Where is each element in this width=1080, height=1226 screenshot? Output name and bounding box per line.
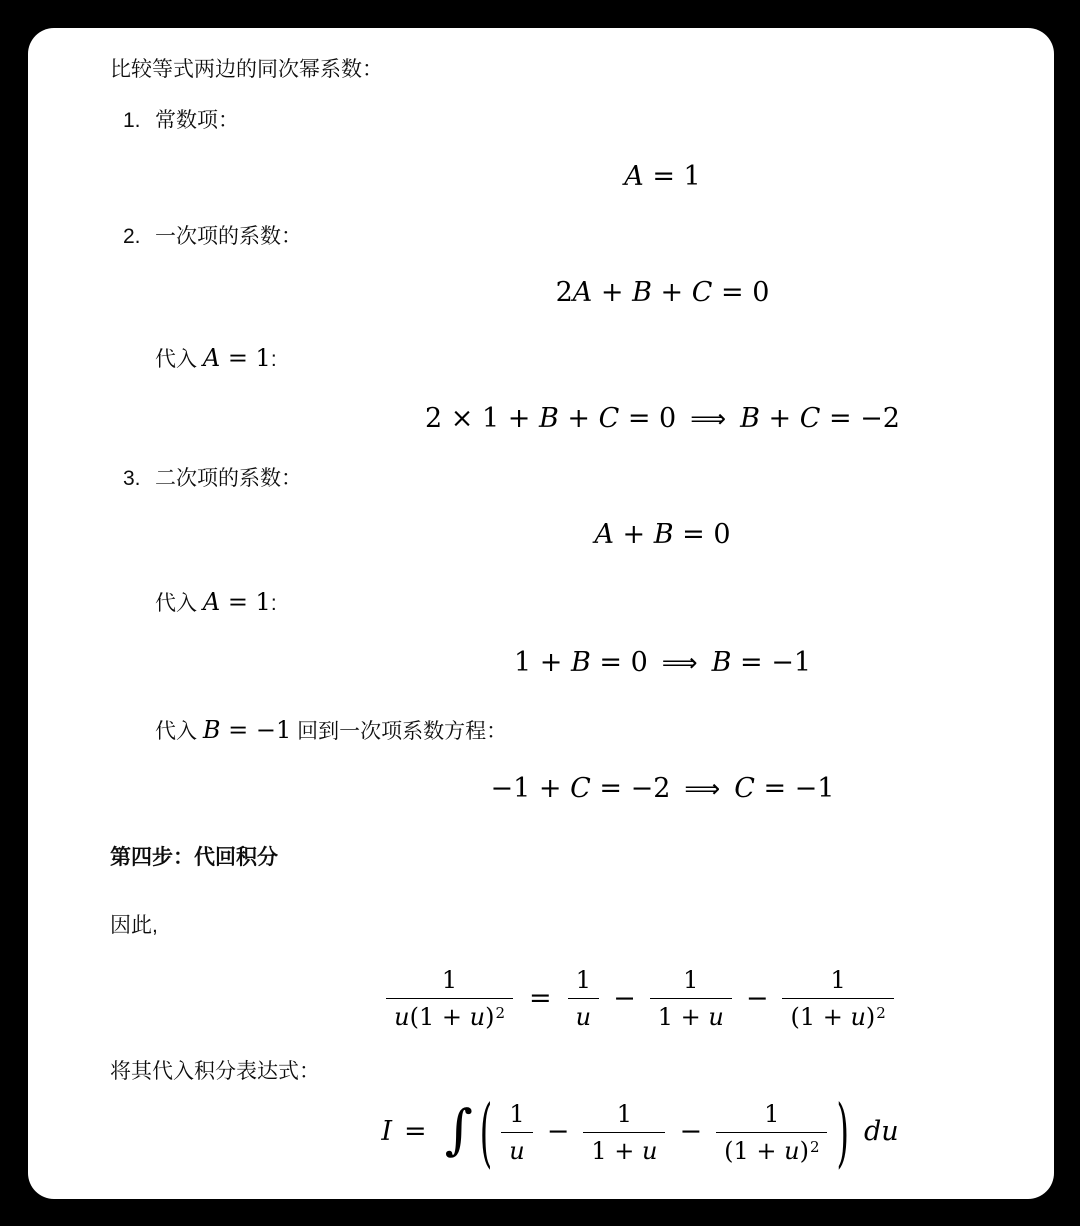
fraction-denominator: 1 + u xyxy=(583,1132,665,1165)
math-token: C xyxy=(570,770,591,808)
math-token: 1 + xyxy=(514,644,571,682)
substitute-a-line-2: 代入 A = 1: xyxy=(110,586,1054,620)
equals-sign: = xyxy=(529,980,552,1018)
minus-sign: − xyxy=(613,980,636,1018)
math-token: B xyxy=(740,400,760,438)
math-token: 1 + xyxy=(591,1137,642,1165)
list-number: 1. xyxy=(123,109,155,133)
math-token: = −1 xyxy=(731,644,811,682)
text-fragment: : xyxy=(271,348,277,371)
math-variable: B xyxy=(203,716,221,744)
math-token: (1 + xyxy=(790,1003,850,1031)
math-token: + xyxy=(592,274,632,312)
math-token: A xyxy=(594,516,614,554)
list-number: 3. xyxy=(123,467,155,491)
exponent: 2 xyxy=(810,1138,820,1156)
math-token: + xyxy=(760,400,800,438)
fraction-numerator: 1 xyxy=(609,1100,640,1132)
fraction-denominator: (1 + u)2 xyxy=(782,998,893,1031)
list-item-label: 二次项的系数： xyxy=(155,467,302,490)
math-token: = 1 xyxy=(644,158,701,196)
math-token: −1 + xyxy=(491,770,571,808)
fraction-numerator: 1 xyxy=(434,966,465,998)
minus-sign: − xyxy=(547,1113,570,1151)
math-token: = −2 xyxy=(820,400,900,438)
math-token: B xyxy=(712,644,732,682)
math-token: ) xyxy=(866,1003,875,1031)
math-token: ) xyxy=(800,1137,809,1165)
substitute-a-line: 代入 A = 1: xyxy=(110,342,1054,376)
equation-integral: I = ∫ ( 1 u − 1 1 + u − 1 (1 + u)2 ) du xyxy=(110,1100,1054,1166)
fraction-lhs: 1 u(1 + u)2 xyxy=(386,966,513,1032)
math-token: = 0 xyxy=(619,400,676,438)
fraction-numerator: 1 xyxy=(501,1100,532,1132)
content-card: 比较等式两边的同次幂系数： 1.常数项： A = 1 2.一次项的系数： 2A … xyxy=(28,28,1054,1199)
list-item-label: 一次项的系数： xyxy=(155,225,302,248)
fraction-term-1: 1 u xyxy=(568,966,599,1032)
math-variable: A xyxy=(203,344,220,372)
fraction-term-3: 1 (1 + u)2 xyxy=(716,1100,827,1166)
text-fragment: 回到一次项系数方程： xyxy=(291,720,507,743)
math-token: C xyxy=(734,770,755,808)
close-paren: ) xyxy=(836,1088,848,1177)
text-fragment: 代入 xyxy=(155,592,203,615)
math-token: u xyxy=(576,1003,591,1031)
math-token: = 0 xyxy=(591,644,648,682)
list-item-label: 常数项： xyxy=(155,109,239,132)
integral-sign-icon: ∫ xyxy=(445,1111,473,1149)
math-token: = 0 xyxy=(674,516,731,554)
fraction-numerator: 1 xyxy=(675,966,706,998)
text-fragment: : xyxy=(271,592,277,615)
fraction-denominator: u(1 + u)2 xyxy=(386,998,513,1031)
document-content: 比较等式两边的同次幂系数： 1.常数项： A = 1 2.一次项的系数： 2A … xyxy=(110,28,1054,1165)
math-token: u xyxy=(850,1003,865,1031)
text-fragment: 代入 xyxy=(155,348,203,371)
math-token: ) xyxy=(485,1003,494,1031)
equals-sign: = xyxy=(404,1113,427,1151)
equation-constant-term: A = 1 xyxy=(155,158,1054,196)
math-token: u xyxy=(708,1003,723,1031)
math-token: u xyxy=(394,1003,409,1031)
substitute-into-integral-line: 将其代入积分表达式： xyxy=(110,1058,1054,1086)
math-token: C xyxy=(800,400,821,438)
differential-du: du xyxy=(864,1113,899,1151)
math-token: = −1 xyxy=(755,770,835,808)
math-token: + xyxy=(559,400,599,438)
equation-c-solve: −1 + C = −2⟹C = −1 xyxy=(155,770,1054,808)
fraction-denominator: u xyxy=(501,1132,532,1165)
fraction-numerator: 1 xyxy=(568,966,599,998)
fraction-numerator: 1 xyxy=(756,1100,787,1132)
math-token: (1 + xyxy=(724,1137,784,1165)
equation-partial-fraction-identity: 1 u(1 + u)2 = 1 u − 1 1 + u − 1 (1 + u)2 xyxy=(110,966,1054,1032)
math-token: = −2 xyxy=(591,770,671,808)
step4-heading: 第四步：代回积分 xyxy=(110,844,1054,872)
fraction-term-2: 1 1 + u xyxy=(583,1100,665,1166)
fraction-denominator: u xyxy=(568,998,599,1031)
math-token: B xyxy=(632,274,652,312)
equation-linear-substituted: 2 × 1 + B + C = 0⟹B + C = −2 xyxy=(155,400,1054,438)
implies-arrow-icon: ⟹ xyxy=(690,400,726,438)
equation-b-solve: 1 + B = 0⟹B = −1 xyxy=(155,644,1054,682)
math-token: A xyxy=(624,158,644,196)
fraction-numerator: 1 xyxy=(823,966,854,998)
implies-arrow-icon: ⟹ xyxy=(662,644,698,682)
fraction-denominator: 1 + u xyxy=(650,998,732,1031)
equation-linear-term: 2A + B + C = 0 xyxy=(155,274,1054,312)
math-token: + xyxy=(614,516,654,554)
math-token: C xyxy=(692,274,713,312)
exponent: 2 xyxy=(876,1004,886,1022)
fraction-term-2: 1 1 + u xyxy=(650,966,732,1032)
math-token: 2 × 1 + xyxy=(425,400,539,438)
math-token: = 0 xyxy=(712,274,769,312)
math-token: u xyxy=(784,1137,799,1165)
math-variable: A xyxy=(203,588,220,616)
exponent: 2 xyxy=(495,1004,505,1022)
math-token: 1 + xyxy=(658,1003,709,1031)
math-token: (1 + xyxy=(410,1003,470,1031)
text-fragment: 代入 xyxy=(155,720,203,743)
math-token: 2 xyxy=(556,274,573,312)
math-token: + xyxy=(652,274,692,312)
math-token: B xyxy=(539,400,559,438)
fraction-term-1: 1 u xyxy=(501,1100,532,1166)
intro-line: 比较等式两边的同次幂系数： xyxy=(110,56,1054,84)
minus-sign: − xyxy=(746,980,769,1018)
math-fragment: = −1 xyxy=(220,716,291,744)
fraction-term-3: 1 (1 + u)2 xyxy=(782,966,893,1032)
math-token: A xyxy=(573,274,593,312)
math-token: B xyxy=(571,644,591,682)
list-item-constant: 1.常数项： xyxy=(110,104,1054,134)
math-token: B xyxy=(654,516,674,554)
therefore-line: 因此, xyxy=(110,912,1054,940)
fraction-denominator: (1 + u)2 xyxy=(716,1132,827,1165)
substitute-b-line: 代入 B = −1 回到一次项系数方程： xyxy=(110,714,1054,748)
math-fragment: = 1 xyxy=(220,588,271,616)
equation-quadratic-term: A + B = 0 xyxy=(155,516,1054,554)
list-item-quadratic: 3.二次项的系数： xyxy=(110,462,1054,492)
math-fragment: = 1 xyxy=(220,344,271,372)
open-paren: ( xyxy=(480,1088,492,1177)
math-variable-I: I xyxy=(381,1113,392,1151)
implies-arrow-icon: ⟹ xyxy=(684,770,720,808)
minus-sign: − xyxy=(679,1113,702,1151)
math-token: u xyxy=(509,1137,524,1165)
list-item-linear: 2.一次项的系数： xyxy=(110,220,1054,250)
list-number: 2. xyxy=(123,225,155,249)
math-token: u xyxy=(642,1137,657,1165)
math-token: u xyxy=(470,1003,485,1031)
math-token: C xyxy=(599,400,620,438)
